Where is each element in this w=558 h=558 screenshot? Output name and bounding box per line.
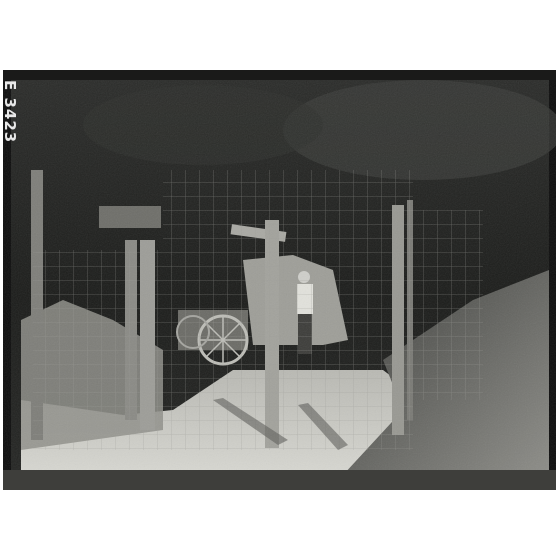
photo-plate <box>3 70 556 490</box>
photograph <box>3 70 556 490</box>
plate-number-label: E 3423 <box>2 80 17 143</box>
